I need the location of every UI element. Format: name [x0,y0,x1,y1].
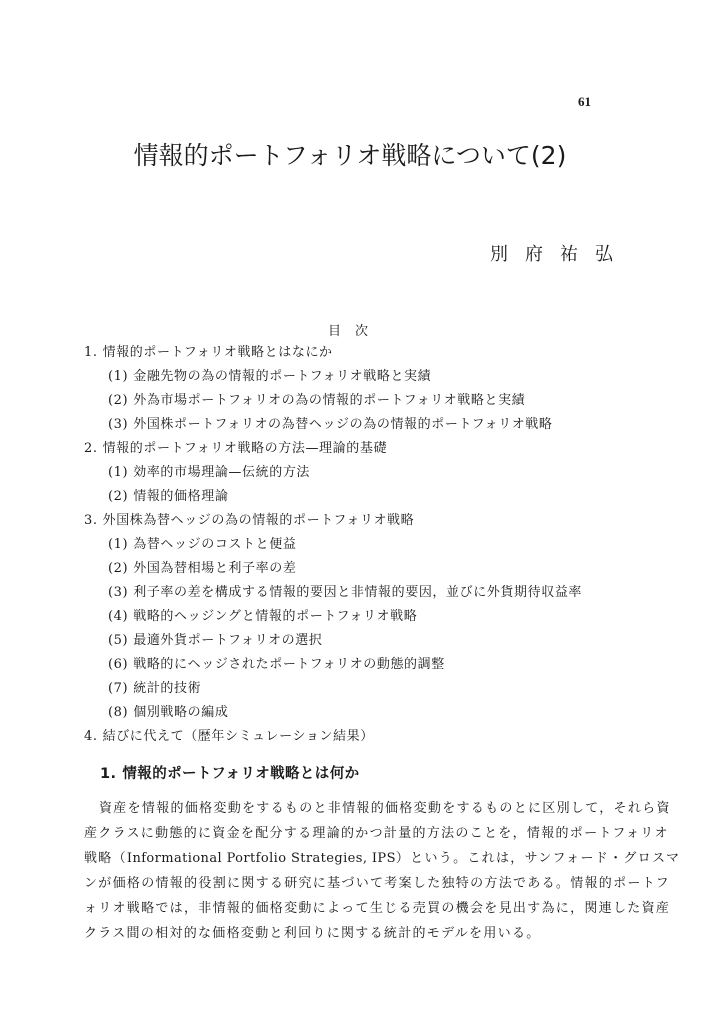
paragraph-line: 戦略（Informational Portfolio Strategies, I… [84,846,612,871]
body-paragraph: 資産を情報的価格変動をするものと非情報的価格変動をするものとに区別して，それら資… [84,796,612,946]
toc-item-label: 戦略的ヘッジングと情報的ポートフォリオ戦略 [133,609,417,624]
toc-item: (4)戦略的ヘッジングと情報的ポートフォリオ戦略 [84,608,644,632]
toc-item-number: (2) [108,561,128,576]
toc-item: (7)統計的技術 [84,680,644,704]
toc-item: (2)情報的価格理論 [84,488,644,512]
toc-item: (1)金融先物の為の情報的ポートフォリオ戦略と実績 [84,368,644,392]
text-segment: ンが価格の情報的役割に関する研究に基づいて考案した独特の方法である。情報的ポート… [84,876,670,891]
text-segment: 戦略（ [84,851,127,866]
text-segment: クラス間の相対的な価格変動と利回りに関する統計的モデルを用いる。 [84,926,541,941]
toc-item: 4.結びに代えて（歴年シミュレーション結果） [84,728,644,752]
paragraph-line: ンが価格の情報的役割に関する研究に基づいて考案した独特の方法である。情報的ポート… [84,871,612,896]
toc-item-number: (1) [108,369,128,384]
toc-item: (3)利子率の差を構成する情報的要因と非情報的要因，並びに外貨期待収益率 [84,584,644,608]
toc-item-label: 金融先物の為の情報的ポートフォリオ戦略と実績 [133,369,431,384]
toc-item: (5)最適外貨ポートフォリオの選択 [84,632,644,656]
toc-item-number: 1. [84,345,98,360]
toc-item: (6)戦略的にヘッジされたポートフォリオの動態的調整 [84,656,644,680]
table-of-contents: 1.情報的ポートフォリオ戦略とはなにか(1)金融先物の為の情報的ポートフォリオ戦… [84,344,644,752]
toc-item-label: 情報的価格理論 [133,489,228,504]
section-number: 1. [100,766,116,782]
toc-item-number: 2. [84,441,98,456]
toc-item-label: 最適外貨ポートフォリオの選択 [133,633,322,648]
section-title: 情報的ポートフォリオ戦略とは何か [122,766,359,782]
toc-item-number: (6) [108,657,128,672]
toc-item-label: 効率的市場理論—伝統的方法 [133,465,310,480]
toc-item-label: 為替ヘッジのコストと便益 [133,537,296,552]
author-name: 別府祐弘 [490,240,630,266]
paragraph-line: クラス間の相対的な価格変動と利回りに関する統計的モデルを用いる。 [84,921,612,946]
toc-item-label: 情報的ポートフォリオ戦略の方法—理論的基礎 [103,441,387,456]
toc-item-number: (4) [108,609,128,624]
toc-item-number: 3. [84,513,98,528]
text-segment: ）という。これは，サンフォード・グロスマ [396,851,680,866]
toc-item-label: 戦略的にヘッジされたポートフォリオの動態的調整 [133,657,445,672]
toc-item-number: (7) [108,681,128,696]
text-segment: 産クラスに動態的に資金を配分する理論的かつ計量的方法のことを，情報的ポートフォリ… [84,826,669,841]
toc-item: (1)効率的市場理論—伝統的方法 [84,464,644,488]
toc-item-number: (5) [108,633,128,648]
latin-term: Informational Portfolio Strategies, IPS [127,851,396,866]
toc-item-number: (1) [108,465,128,480]
toc-item: 1.情報的ポートフォリオ戦略とはなにか [84,344,644,368]
paragraph-line: 資産を情報的価格変動をするものと非情報的価格変動をするものとに区別して，それら資 [84,796,612,821]
toc-item-label: 外為市場ポートフォリオの為の情報的ポートフォリオ戦略と実績 [133,393,525,408]
toc-item-label: 利子率の差を構成する情報的要因と非情報的要因，並びに外貨期待収益率 [133,585,582,600]
paragraph-line: ォリオ戦略では，非情報的価格変動によって生じる売買の機会を見出す為に，関連した資… [84,896,612,921]
toc-item-number: 4. [84,729,98,744]
toc-item: (3)外国株ポートフォリオの為替ヘッジの為の情報的ポートフォリオ戦略 [84,416,644,440]
toc-item-number: (2) [108,393,128,408]
toc-item: (1)為替ヘッジのコストと便益 [84,536,644,560]
page-number: 61 [578,94,591,110]
toc-item-label: 外国株為替ヘッジの為の情報的ポートフォリオ戦略 [103,513,415,528]
toc-item-label: 個別戦略の編成 [133,705,228,720]
toc-heading: 目次 [328,320,382,339]
toc-item-label: 結びに代えて（歴年シミュレーション結果） [103,729,374,744]
toc-item-label: 統計的技術 [133,681,201,696]
paragraph-line: 産クラスに動態的に資金を配分する理論的かつ計量的方法のことを，情報的ポートフォリ… [84,821,612,846]
text-segment: 資産を情報的価格変動をするものと非情報的価格変動をするものとに区別して，それら資 [99,801,671,816]
section-heading: 1.情報的ポートフォリオ戦略とは何か [100,762,360,783]
paper-title: 情報的ポートフォリオ戦略について(2) [0,136,702,172]
toc-item: (2)外為市場ポートフォリオの為の情報的ポートフォリオ戦略と実績 [84,392,644,416]
toc-item-number: (2) [108,489,128,504]
toc-item-number: (3) [108,585,128,600]
toc-item: 2.情報的ポートフォリオ戦略の方法—理論的基礎 [84,440,644,464]
toc-item: (2)外国為替相場と利子率の差 [84,560,644,584]
toc-item-label: 外国株ポートフォリオの為替ヘッジの為の情報的ポートフォリオ戦略 [133,417,552,432]
toc-item-number: (3) [108,417,128,432]
toc-item-label: 外国為替相場と利子率の差 [133,561,296,576]
toc-item-label: 情報的ポートフォリオ戦略とはなにか [103,345,333,360]
text-segment: ォリオ戦略では，非情報的価格変動によって生じる売買の機会を見出す為に，関連した資… [84,901,670,916]
toc-item-number: (1) [108,537,128,552]
toc-item: 3.外国株為替ヘッジの為の情報的ポートフォリオ戦略 [84,512,644,536]
toc-item: (8)個別戦略の編成 [84,704,644,728]
toc-item-number: (8) [108,705,128,720]
